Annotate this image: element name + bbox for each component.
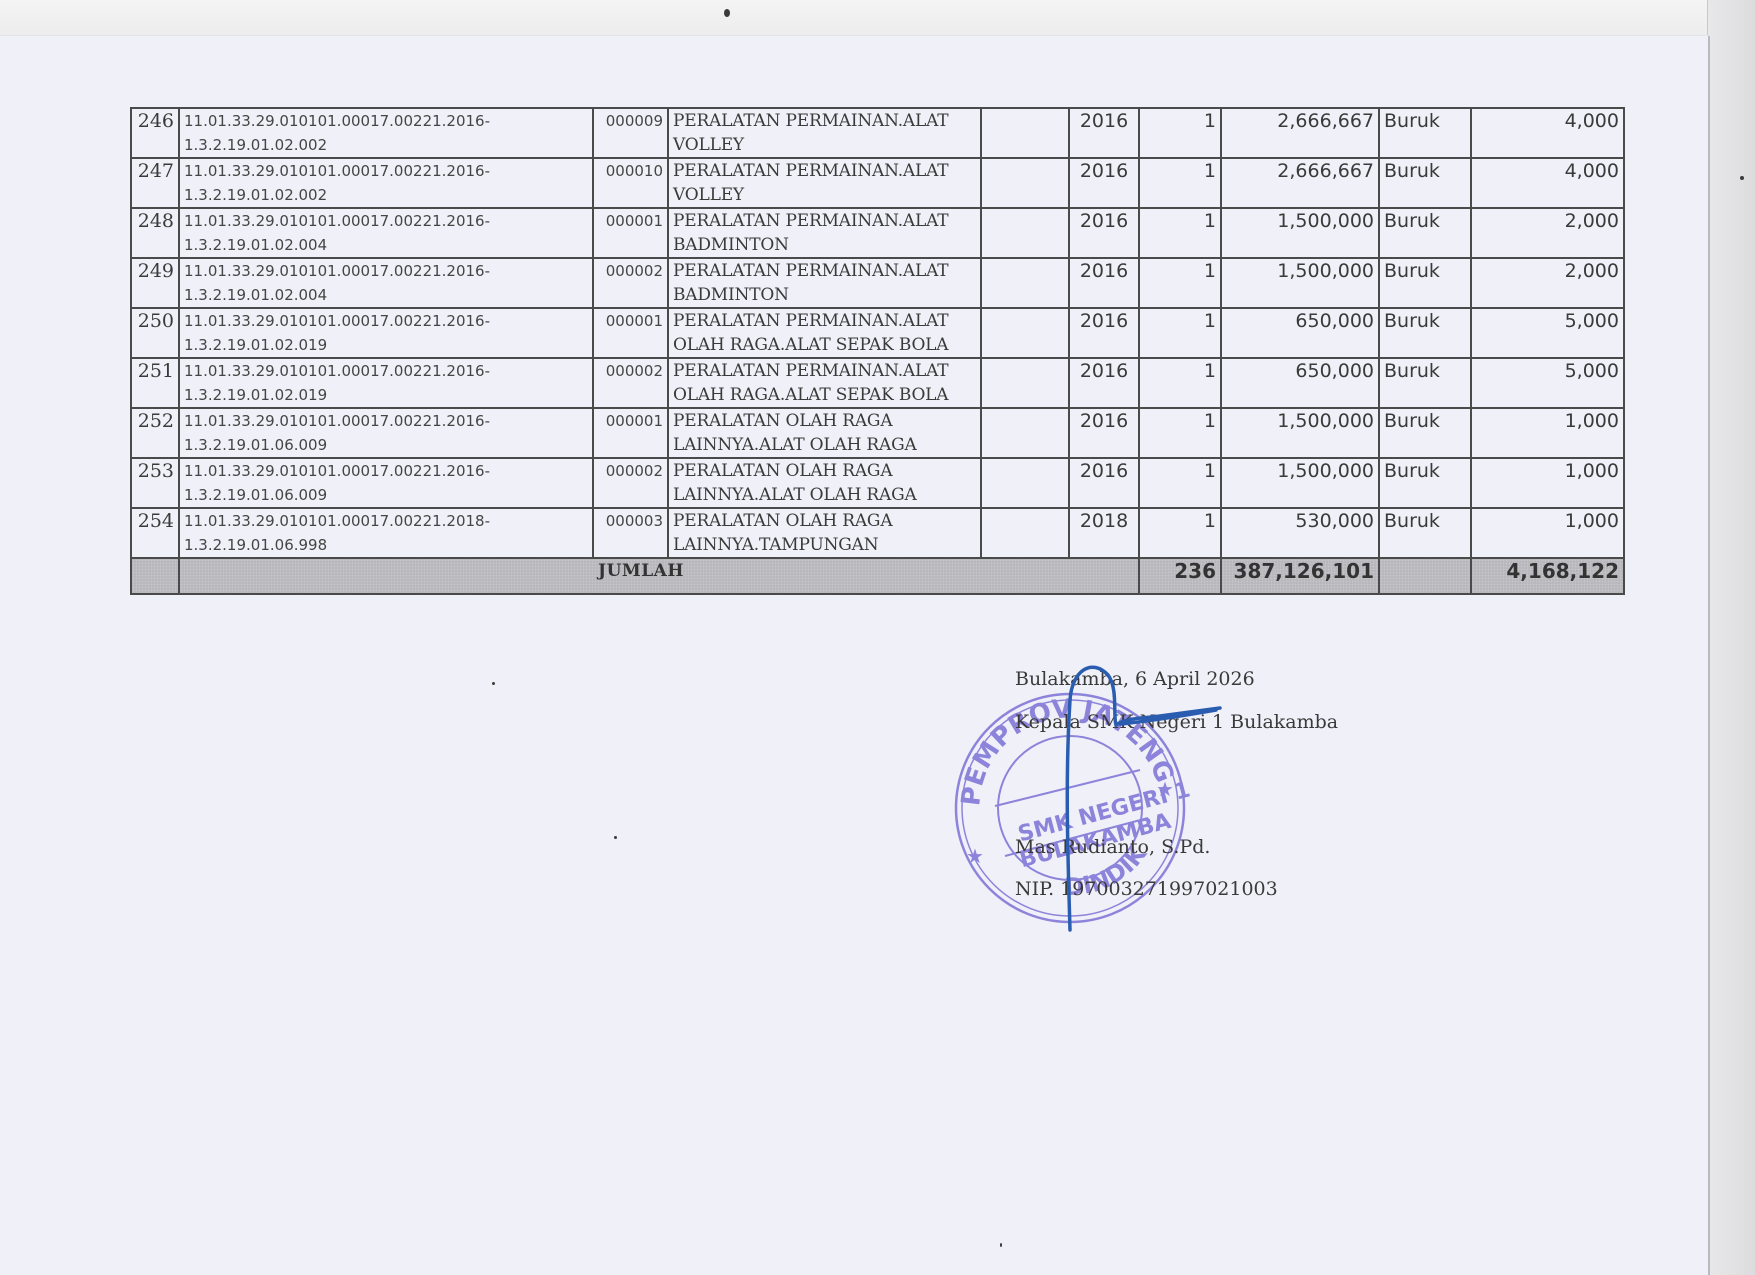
condition: Buruk	[1379, 458, 1471, 508]
asset-code: 11.01.33.29.010101.00017.00221.2016-1.3.…	[179, 458, 593, 508]
asset-name-line2: LAINNYA.ALAT OLAH RAGA	[673, 483, 976, 507]
table-row: 25211.01.33.29.010101.00017.00221.2016-1…	[131, 408, 1624, 458]
asset-value: 2,000	[1471, 208, 1624, 258]
blank-column	[981, 358, 1069, 408]
asset-code-line1: 11.01.33.29.010101.00017.00221.2016-	[184, 409, 588, 433]
asset-name: PERALATAN PERMAINAN.ALATBADMINTON	[668, 258, 981, 308]
row-number: 250	[131, 308, 179, 358]
blank-column	[981, 158, 1069, 208]
condition: Buruk	[1379, 158, 1471, 208]
row-number: 247	[131, 158, 179, 208]
register-number: 000001	[593, 208, 668, 258]
row-number: 252	[131, 408, 179, 458]
asset-name: PERALATAN PERMAINAN.ALATVOLLEY	[668, 108, 981, 158]
table-row: 24911.01.33.29.010101.00017.00221.2016-1…	[131, 258, 1624, 308]
asset-name: PERALATAN PERMAINAN.ALATVOLLEY	[668, 158, 981, 208]
row-number: 251	[131, 358, 179, 408]
condition: Buruk	[1379, 508, 1471, 558]
asset-code-line2: 1.3.2.19.01.02.002	[184, 183, 588, 207]
scanner-background-top	[0, 0, 1755, 40]
acquisition-year: 2016	[1069, 108, 1139, 158]
quantity: 1	[1139, 458, 1221, 508]
table-row: 24811.01.33.29.010101.00017.00221.2016-1…	[131, 208, 1624, 258]
asset-name-line2: VOLLEY	[673, 133, 976, 157]
asset-inventory-table: 24611.01.33.29.010101.00017.00221.2016-1…	[130, 107, 1625, 595]
acquisition-year: 2016	[1069, 408, 1139, 458]
asset-name-line1: PERALATAN PERMAINAN.ALAT	[673, 209, 976, 233]
acquisition-price: 1,500,000	[1221, 258, 1379, 308]
acquisition-price: 650,000	[1221, 358, 1379, 408]
asset-value: 5,000	[1471, 358, 1624, 408]
asset-code-line1: 11.01.33.29.010101.00017.00221.2016-	[184, 359, 588, 383]
asset-value: 5,000	[1471, 308, 1624, 358]
total-quantity: 236	[1139, 558, 1221, 594]
asset-code-line1: 11.01.33.29.010101.00017.00221.2016-	[184, 459, 588, 483]
register-number: 000001	[593, 308, 668, 358]
asset-name-line1: PERALATAN PERMAINAN.ALAT	[673, 359, 976, 383]
asset-code-line2: 1.3.2.19.01.02.019	[184, 383, 588, 407]
asset-value: 1,000	[1471, 508, 1624, 558]
asset-code: 11.01.33.29.010101.00017.00221.2016-1.3.…	[179, 208, 593, 258]
register-number: 000002	[593, 458, 668, 508]
acquisition-year: 2016	[1069, 208, 1139, 258]
asset-value: 2,000	[1471, 258, 1624, 308]
condition: Buruk	[1379, 258, 1471, 308]
asset-value: 4,000	[1471, 108, 1624, 158]
row-number: 248	[131, 208, 179, 258]
scan-speck	[724, 9, 730, 17]
asset-value: 1,000	[1471, 458, 1624, 508]
acquisition-price: 530,000	[1221, 508, 1379, 558]
stamp-star-icon: ★	[966, 844, 984, 868]
asset-value: 4,000	[1471, 158, 1624, 208]
row-number: 253	[131, 458, 179, 508]
asset-name-line2: BADMINTON	[673, 233, 976, 257]
scan-speck	[492, 682, 495, 685]
asset-name: PERALATAN OLAH RAGALAINNYA.ALAT OLAH RAG…	[668, 458, 981, 508]
blank-column	[981, 408, 1069, 458]
asset-name: PERALATAN PERMAINAN.ALATOLAH RAGA.ALAT S…	[668, 308, 981, 358]
asset-name-line2: LAINNYA.ALAT OLAH RAGA	[673, 433, 976, 457]
asset-name: PERALATAN PERMAINAN.ALATBADMINTON	[668, 208, 981, 258]
table-row: 24611.01.33.29.010101.00017.00221.2016-1…	[131, 108, 1624, 158]
acquisition-price: 1,500,000	[1221, 408, 1379, 458]
condition: Buruk	[1379, 308, 1471, 358]
asset-name: PERALATAN OLAH RAGALAINNYA.TAMPUNGAN	[668, 508, 981, 558]
asset-code: 11.01.33.29.010101.00017.00221.2016-1.3.…	[179, 308, 593, 358]
acquisition-price: 1,500,000	[1221, 458, 1379, 508]
condition: Buruk	[1379, 108, 1471, 158]
scan-speck	[614, 836, 617, 839]
quantity: 1	[1139, 358, 1221, 408]
acquisition-year: 2016	[1069, 158, 1139, 208]
asset-name-line2: VOLLEY	[673, 183, 976, 207]
blank-column	[981, 508, 1069, 558]
asset-code: 11.01.33.29.010101.00017.00221.2016-1.3.…	[179, 258, 593, 308]
acquisition-price: 650,000	[1221, 308, 1379, 358]
asset-code: 11.01.33.29.010101.00017.00221.2018-1.3.…	[179, 508, 593, 558]
register-number: 000009	[593, 108, 668, 158]
asset-code-line1: 11.01.33.29.010101.00017.00221.2016-	[184, 259, 588, 283]
asset-code: 11.01.33.29.010101.00017.00221.2016-1.3.…	[179, 408, 593, 458]
blank-column	[981, 258, 1069, 308]
asset-code-line2: 1.3.2.19.01.06.998	[184, 533, 588, 557]
asset-code-line1: 11.01.33.29.010101.00017.00221.2018-	[184, 509, 588, 533]
asset-code: 11.01.33.29.010101.00017.00221.2016-1.3.…	[179, 158, 593, 208]
asset-code: 11.01.33.29.010101.00017.00221.2016-1.3.…	[179, 108, 593, 158]
register-number: 000001	[593, 408, 668, 458]
handwritten-signature-icon	[1020, 660, 1250, 940]
asset-code-line1: 11.01.33.29.010101.00017.00221.2016-	[184, 309, 588, 333]
table-row: 25311.01.33.29.010101.00017.00221.2016-1…	[131, 458, 1624, 508]
condition: Buruk	[1379, 408, 1471, 458]
quantity: 1	[1139, 208, 1221, 258]
acquisition-year: 2016	[1069, 308, 1139, 358]
register-number: 000010	[593, 158, 668, 208]
acquisition-year: 2018	[1069, 508, 1139, 558]
condition: Buruk	[1379, 358, 1471, 408]
asset-code-line2: 1.3.2.19.01.02.004	[184, 283, 588, 307]
total-value: 4,168,122	[1471, 558, 1624, 594]
blank-column	[981, 308, 1069, 358]
asset-name-line1: PERALATAN PERMAINAN.ALAT	[673, 259, 976, 283]
scan-speck	[1000, 1243, 1002, 1247]
total-row: JUMLAH 236 387,126,101 4,168,122	[131, 558, 1624, 594]
table-row: 25111.01.33.29.010101.00017.00221.2016-1…	[131, 358, 1624, 408]
scan-speck	[1740, 176, 1744, 180]
total-empty-cell	[131, 558, 179, 594]
asset-code-line2: 1.3.2.19.01.02.019	[184, 333, 588, 357]
asset-name-line1: PERALATAN PERMAINAN.ALAT	[673, 309, 976, 333]
asset-name: PERALATAN OLAH RAGALAINNYA.ALAT OLAH RAG…	[668, 408, 981, 458]
total-condition-empty	[1379, 558, 1471, 594]
quantity: 1	[1139, 258, 1221, 308]
asset-code-line2: 1.3.2.19.01.02.004	[184, 233, 588, 257]
register-number: 000002	[593, 258, 668, 308]
table-row: 24711.01.33.29.010101.00017.00221.2016-1…	[131, 158, 1624, 208]
row-number: 254	[131, 508, 179, 558]
row-number: 249	[131, 258, 179, 308]
asset-code-line1: 11.01.33.29.010101.00017.00221.2016-	[184, 159, 588, 183]
table-row: 25011.01.33.29.010101.00017.00221.2016-1…	[131, 308, 1624, 358]
acquisition-year: 2016	[1069, 358, 1139, 408]
asset-code-line1: 11.01.33.29.010101.00017.00221.2016-	[184, 109, 588, 133]
table-row: 25411.01.33.29.010101.00017.00221.2018-1…	[131, 508, 1624, 558]
asset-name-line2: BADMINTON	[673, 283, 976, 307]
asset-name-line2: OLAH RAGA.ALAT SEPAK BOLA	[673, 383, 976, 407]
asset-name-line2: OLAH RAGA.ALAT SEPAK BOLA	[673, 333, 976, 357]
total-price: 387,126,101	[1221, 558, 1379, 594]
quantity: 1	[1139, 158, 1221, 208]
row-number: 246	[131, 108, 179, 158]
asset-name-line2: LAINNYA.TAMPUNGAN	[673, 533, 976, 557]
total-label: JUMLAH	[179, 558, 1139, 594]
asset-code-line2: 1.3.2.19.01.02.002	[184, 133, 588, 157]
acquisition-year: 2016	[1069, 258, 1139, 308]
register-number: 000003	[593, 508, 668, 558]
quantity: 1	[1139, 108, 1221, 158]
acquisition-price: 2,666,667	[1221, 108, 1379, 158]
acquisition-price: 2,666,667	[1221, 158, 1379, 208]
acquisition-year: 2016	[1069, 458, 1139, 508]
quantity: 1	[1139, 308, 1221, 358]
asset-name-line1: PERALATAN PERMAINAN.ALAT	[673, 109, 976, 133]
register-number: 000002	[593, 358, 668, 408]
blank-column	[981, 108, 1069, 158]
quantity: 1	[1139, 508, 1221, 558]
asset-code-line2: 1.3.2.19.01.06.009	[184, 483, 588, 507]
asset-name-line1: PERALATAN OLAH RAGA	[673, 459, 976, 483]
blank-column	[981, 458, 1069, 508]
blank-column	[981, 208, 1069, 258]
asset-code: 11.01.33.29.010101.00017.00221.2016-1.3.…	[179, 358, 593, 408]
scanner-background-right	[1707, 0, 1755, 1275]
condition: Buruk	[1379, 208, 1471, 258]
asset-name: PERALATAN PERMAINAN.ALATOLAH RAGA.ALAT S…	[668, 358, 981, 408]
asset-name-line1: PERALATAN PERMAINAN.ALAT	[673, 159, 976, 183]
asset-code-line2: 1.3.2.19.01.06.009	[184, 433, 588, 457]
quantity: 1	[1139, 408, 1221, 458]
acquisition-price: 1,500,000	[1221, 208, 1379, 258]
asset-name-line1: PERALATAN OLAH RAGA	[673, 409, 976, 433]
asset-value: 1,000	[1471, 408, 1624, 458]
asset-code-line1: 11.01.33.29.010101.00017.00221.2016-	[184, 209, 588, 233]
asset-name-line1: PERALATAN OLAH RAGA	[673, 509, 976, 533]
